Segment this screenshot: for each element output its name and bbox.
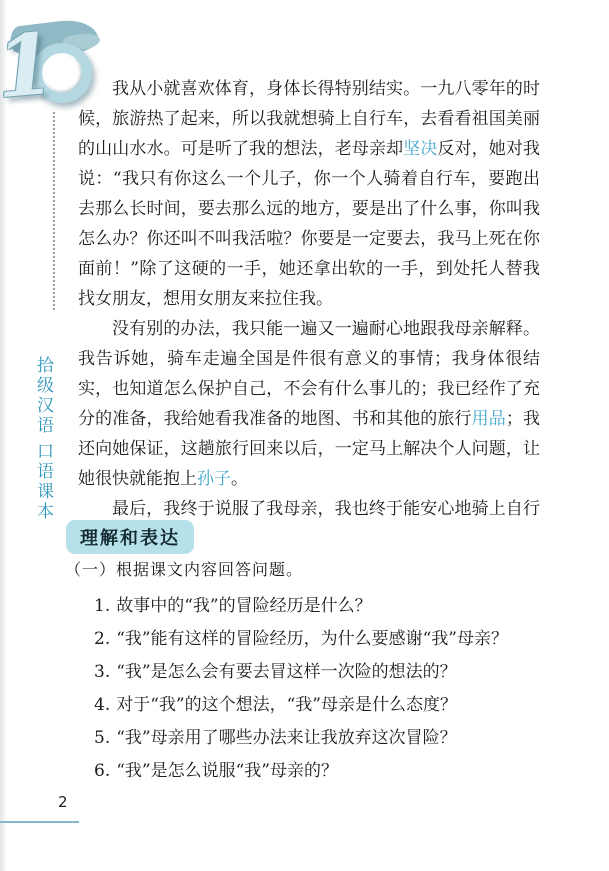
question-text: “我”是怎么说服“我”母亲的？ <box>116 755 338 788</box>
question-text: “我”能有这样的冒险经历，为什么要感谢“我”母亲？ <box>116 623 508 656</box>
question-item: 4.对于“我”的这个想法，“我”母亲是什么态度？ <box>94 689 554 722</box>
question-number: 3. <box>94 656 110 689</box>
question-item: 3.“我”是怎么会有要去冒这样一次险的想法的？ <box>94 656 554 689</box>
sidebar-series-title: 拾级汉语 <box>34 356 56 436</box>
page-number: 2 <box>58 793 68 811</box>
reading-passage: 我从小就喜欢体育，身体长得特别结实。一九八零年的时候，旅游热了起来，所以我就想骑… <box>78 74 540 554</box>
question-text: “我”母亲用了哪些办法来让我放弃这次冒险？ <box>116 722 456 755</box>
digit-one: 1 <box>0 22 58 111</box>
section-header: 理解和表达 <box>66 520 194 554</box>
margin-dotted-line <box>53 112 55 310</box>
vocab-word: 孙子 <box>197 469 231 489</box>
question-item: 6.“我”是怎么说服“我”母亲的？ <box>94 755 554 788</box>
question-item: 2.“我”能有这样的冒险经历，为什么要感谢“我”母亲？ <box>94 623 554 656</box>
footer-rule <box>0 821 79 823</box>
question-number: 2. <box>94 623 110 656</box>
exercise-instruction: （一）根据课文内容回答问题。 <box>65 557 303 580</box>
passage-paragraph: 我从小就喜欢体育，身体长得特别结实。一九八零年的时候，旅游热了起来，所以我就想骑… <box>78 74 540 314</box>
textbook-page: 1 拾级汉语 口语课本 我从小就喜欢体育，身体长得特别结实。一九八零年的时候，旅… <box>0 0 609 871</box>
question-list: 1.故事中的“我”的冒险经历是什么？2.“我”能有这样的冒险经历，为什么要感谢“… <box>94 590 554 788</box>
passage-text: 反对，她对我说：“我只有你这么一个儿子，你一个人骑着自行车，要跑出去那么长时间，… <box>78 139 540 309</box>
passage-paragraph: 没有别的办法，我只能一遍又一遍耐心地跟我母亲解释。我告诉她，骑车走遍全国是件很有… <box>78 314 540 494</box>
question-item: 5.“我”母亲用了哪些办法来让我放弃这次冒险？ <box>94 722 554 755</box>
question-text: 故事中的“我”的冒险经历是什么？ <box>116 590 371 623</box>
vocab-word: 坚决 <box>403 139 437 159</box>
question-text: 对于“我”的这个想法，“我”母亲是什么态度？ <box>116 689 457 722</box>
passage-text: 。 <box>231 469 248 489</box>
page-edge-shadow <box>0 0 7 871</box>
vocab-word: 用品 <box>472 409 506 429</box>
question-number: 4. <box>94 689 110 722</box>
question-number: 1. <box>94 590 110 623</box>
question-item: 1.故事中的“我”的冒险经历是什么？ <box>94 590 554 623</box>
question-text: “我”是怎么会有要去冒这样一次险的想法的？ <box>116 656 456 689</box>
question-number: 6. <box>94 755 110 788</box>
question-number: 5. <box>94 722 110 755</box>
sidebar-book-title: 口语课本 <box>34 442 56 522</box>
